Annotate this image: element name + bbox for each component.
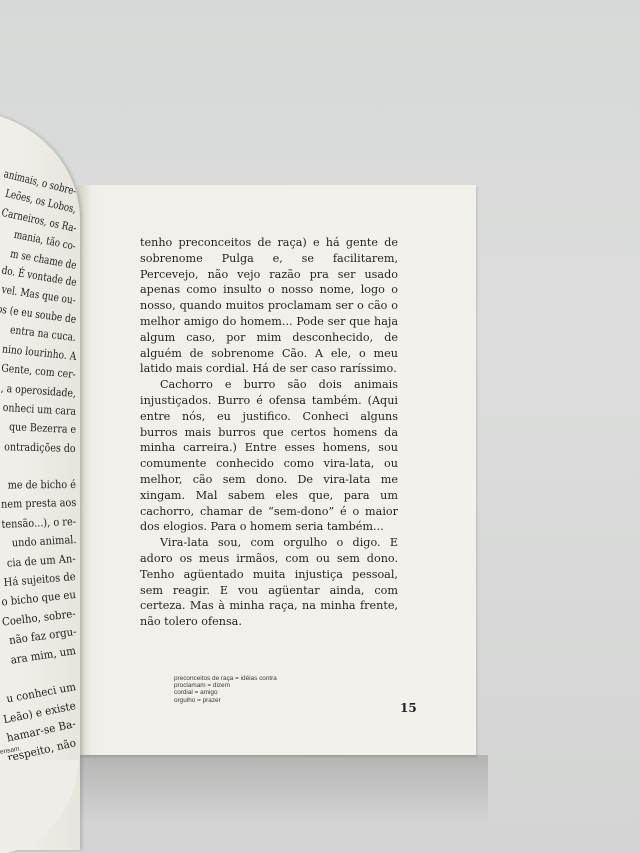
left-book-page-curled: animais, o sobre-Leões, os Lobos,Carneir… [0,110,80,850]
paragraph-2: Cachorro e burro são dois animais injust… [140,377,398,535]
left-page-line: o bicho que eu [1,588,77,608]
left-page-line: me de bicho é [8,478,76,491]
gutter-shade [78,185,92,755]
glossary-entry: orgulho = prazer [174,697,277,704]
left-page-line: tensão...), o re- [1,515,76,531]
left-page-line: , a operosidade, [0,382,76,400]
left-page-line: entra na cuca. [10,323,77,344]
glossary-entry: preconceitos de raça = idéias contra [174,675,277,682]
page-shadow [78,755,488,825]
left-page-line: cia de um An- [7,552,77,570]
page-body-text: tenho preconceitos de raça) e há gente d… [140,235,398,630]
glossary-footnotes: preconceitos de raça = idéias contra pro… [174,675,277,704]
left-page-line: Há sujeitos de [4,570,77,589]
left-page-line: nem presta aos [1,496,76,511]
left-page-line: que Bezerra e [9,420,76,436]
left-page-line: Gente, com cer- [1,362,76,381]
paragraph-1: tenho preconceitos de raça) e há gente d… [140,235,398,377]
left-page-line: ontradições do [4,440,76,455]
paragraph-3: Vira-lata sou, com orgulho o digo. E ado… [140,535,398,630]
left-page-text: animais, o sobre-Leões, os Lobos,Carneir… [0,110,80,850]
left-page-line: onheci um cara [2,401,76,418]
left-page-line: ara mim, um [10,644,77,667]
left-page-line: não faz orgu- [8,625,77,647]
glossary-entry: proclamam = dizem [174,682,277,689]
right-book-page: tenho preconceitos de raça) e há gente d… [78,185,476,755]
left-page-line: nino lourinho. A [1,342,76,363]
left-page-line: undo animal. [11,533,76,549]
page-number: 15 [400,701,417,715]
glossary-entry: cordial = amigo [174,689,277,696]
